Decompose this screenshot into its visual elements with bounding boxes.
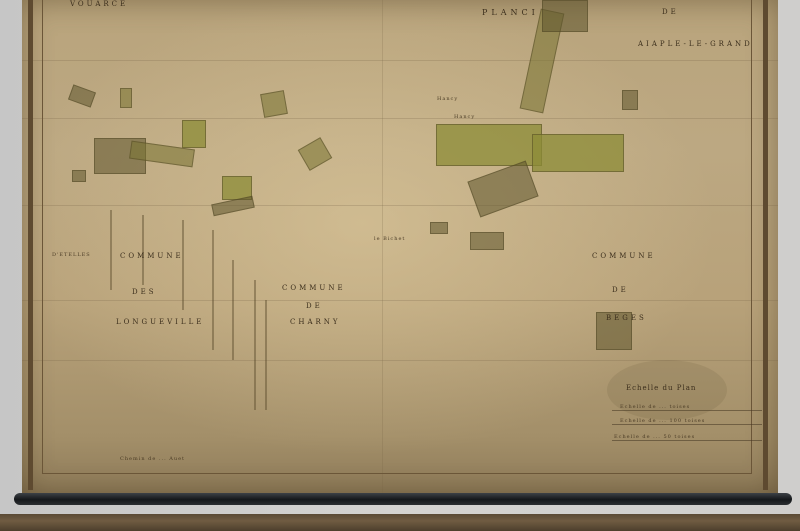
label-commune-right: Commune (592, 252, 656, 260)
scale-bar (612, 440, 762, 441)
label-de: de (662, 8, 679, 16)
land-parcel (68, 84, 96, 107)
label-etelles: d'Etelles (52, 252, 91, 258)
paper-crease (22, 300, 778, 301)
map-border-bottom (42, 473, 752, 474)
land-parcel (542, 0, 588, 32)
label-commune-left: Commune (120, 252, 184, 260)
scale-bar (612, 424, 762, 425)
land-parcel (470, 232, 504, 250)
land-parcel (467, 161, 538, 218)
land-parcel (622, 90, 638, 110)
scale-line-1: Echelle de ... toises (620, 404, 690, 410)
field-strip (212, 230, 214, 350)
label-aiaple-le-grand: Aiaple-le-grand (638, 40, 753, 48)
paper-crease (22, 205, 778, 206)
field-strip (182, 220, 184, 310)
label-beges: Beges (606, 314, 647, 322)
land-parcel (298, 137, 333, 171)
wooden-frame (0, 514, 800, 531)
land-parcel (182, 120, 206, 148)
map-border-left-inner (42, 0, 43, 474)
scale-bar (612, 410, 762, 411)
scale-line-3: Echelle de ... 50 toises (614, 434, 695, 440)
map-border-left (28, 0, 33, 490)
field-strip (142, 215, 144, 285)
field-strip (232, 260, 234, 360)
label-le-bichet: le Bichet (374, 236, 405, 242)
label-de-center: de (306, 302, 323, 310)
label-de-right: de (612, 286, 629, 294)
land-parcel-hancy (436, 124, 542, 166)
paper-crease (22, 60, 778, 61)
label-planci: Planci (482, 8, 539, 17)
land-parcel (430, 222, 448, 234)
scale-legend: Echelle du Plan Echelle de ... toises Ec… (602, 378, 772, 450)
label-hancy-2: Hancy (454, 114, 475, 120)
map-roller-rod (14, 493, 792, 505)
land-parcel (72, 170, 86, 182)
field-strip (110, 210, 112, 290)
scale-title: Echelle du Plan (626, 384, 696, 392)
scale-line-2: Echelle de ... 100 toises (620, 418, 705, 424)
label-commune-center: Commune (282, 284, 346, 292)
label-bottom-road: Chemin de ... Auet (120, 456, 185, 462)
field-strip (265, 300, 267, 410)
paper-crease (22, 118, 778, 119)
land-parcel (120, 88, 132, 108)
field-strip (254, 280, 256, 410)
land-parcel (260, 90, 288, 118)
land-parcel-hancy (532, 134, 624, 172)
land-parcel (211, 196, 255, 216)
label-hancy: Hancy (437, 96, 458, 102)
label-vouarce: Vouarce (70, 0, 128, 8)
label-longueville: Longueville (116, 318, 204, 326)
label-des: des (132, 288, 157, 296)
paper-crease (382, 0, 383, 496)
label-charny: Charny (290, 318, 341, 326)
map-sheet: Vouarce Planci de Aiaple-le-grand Hancy … (22, 0, 778, 496)
